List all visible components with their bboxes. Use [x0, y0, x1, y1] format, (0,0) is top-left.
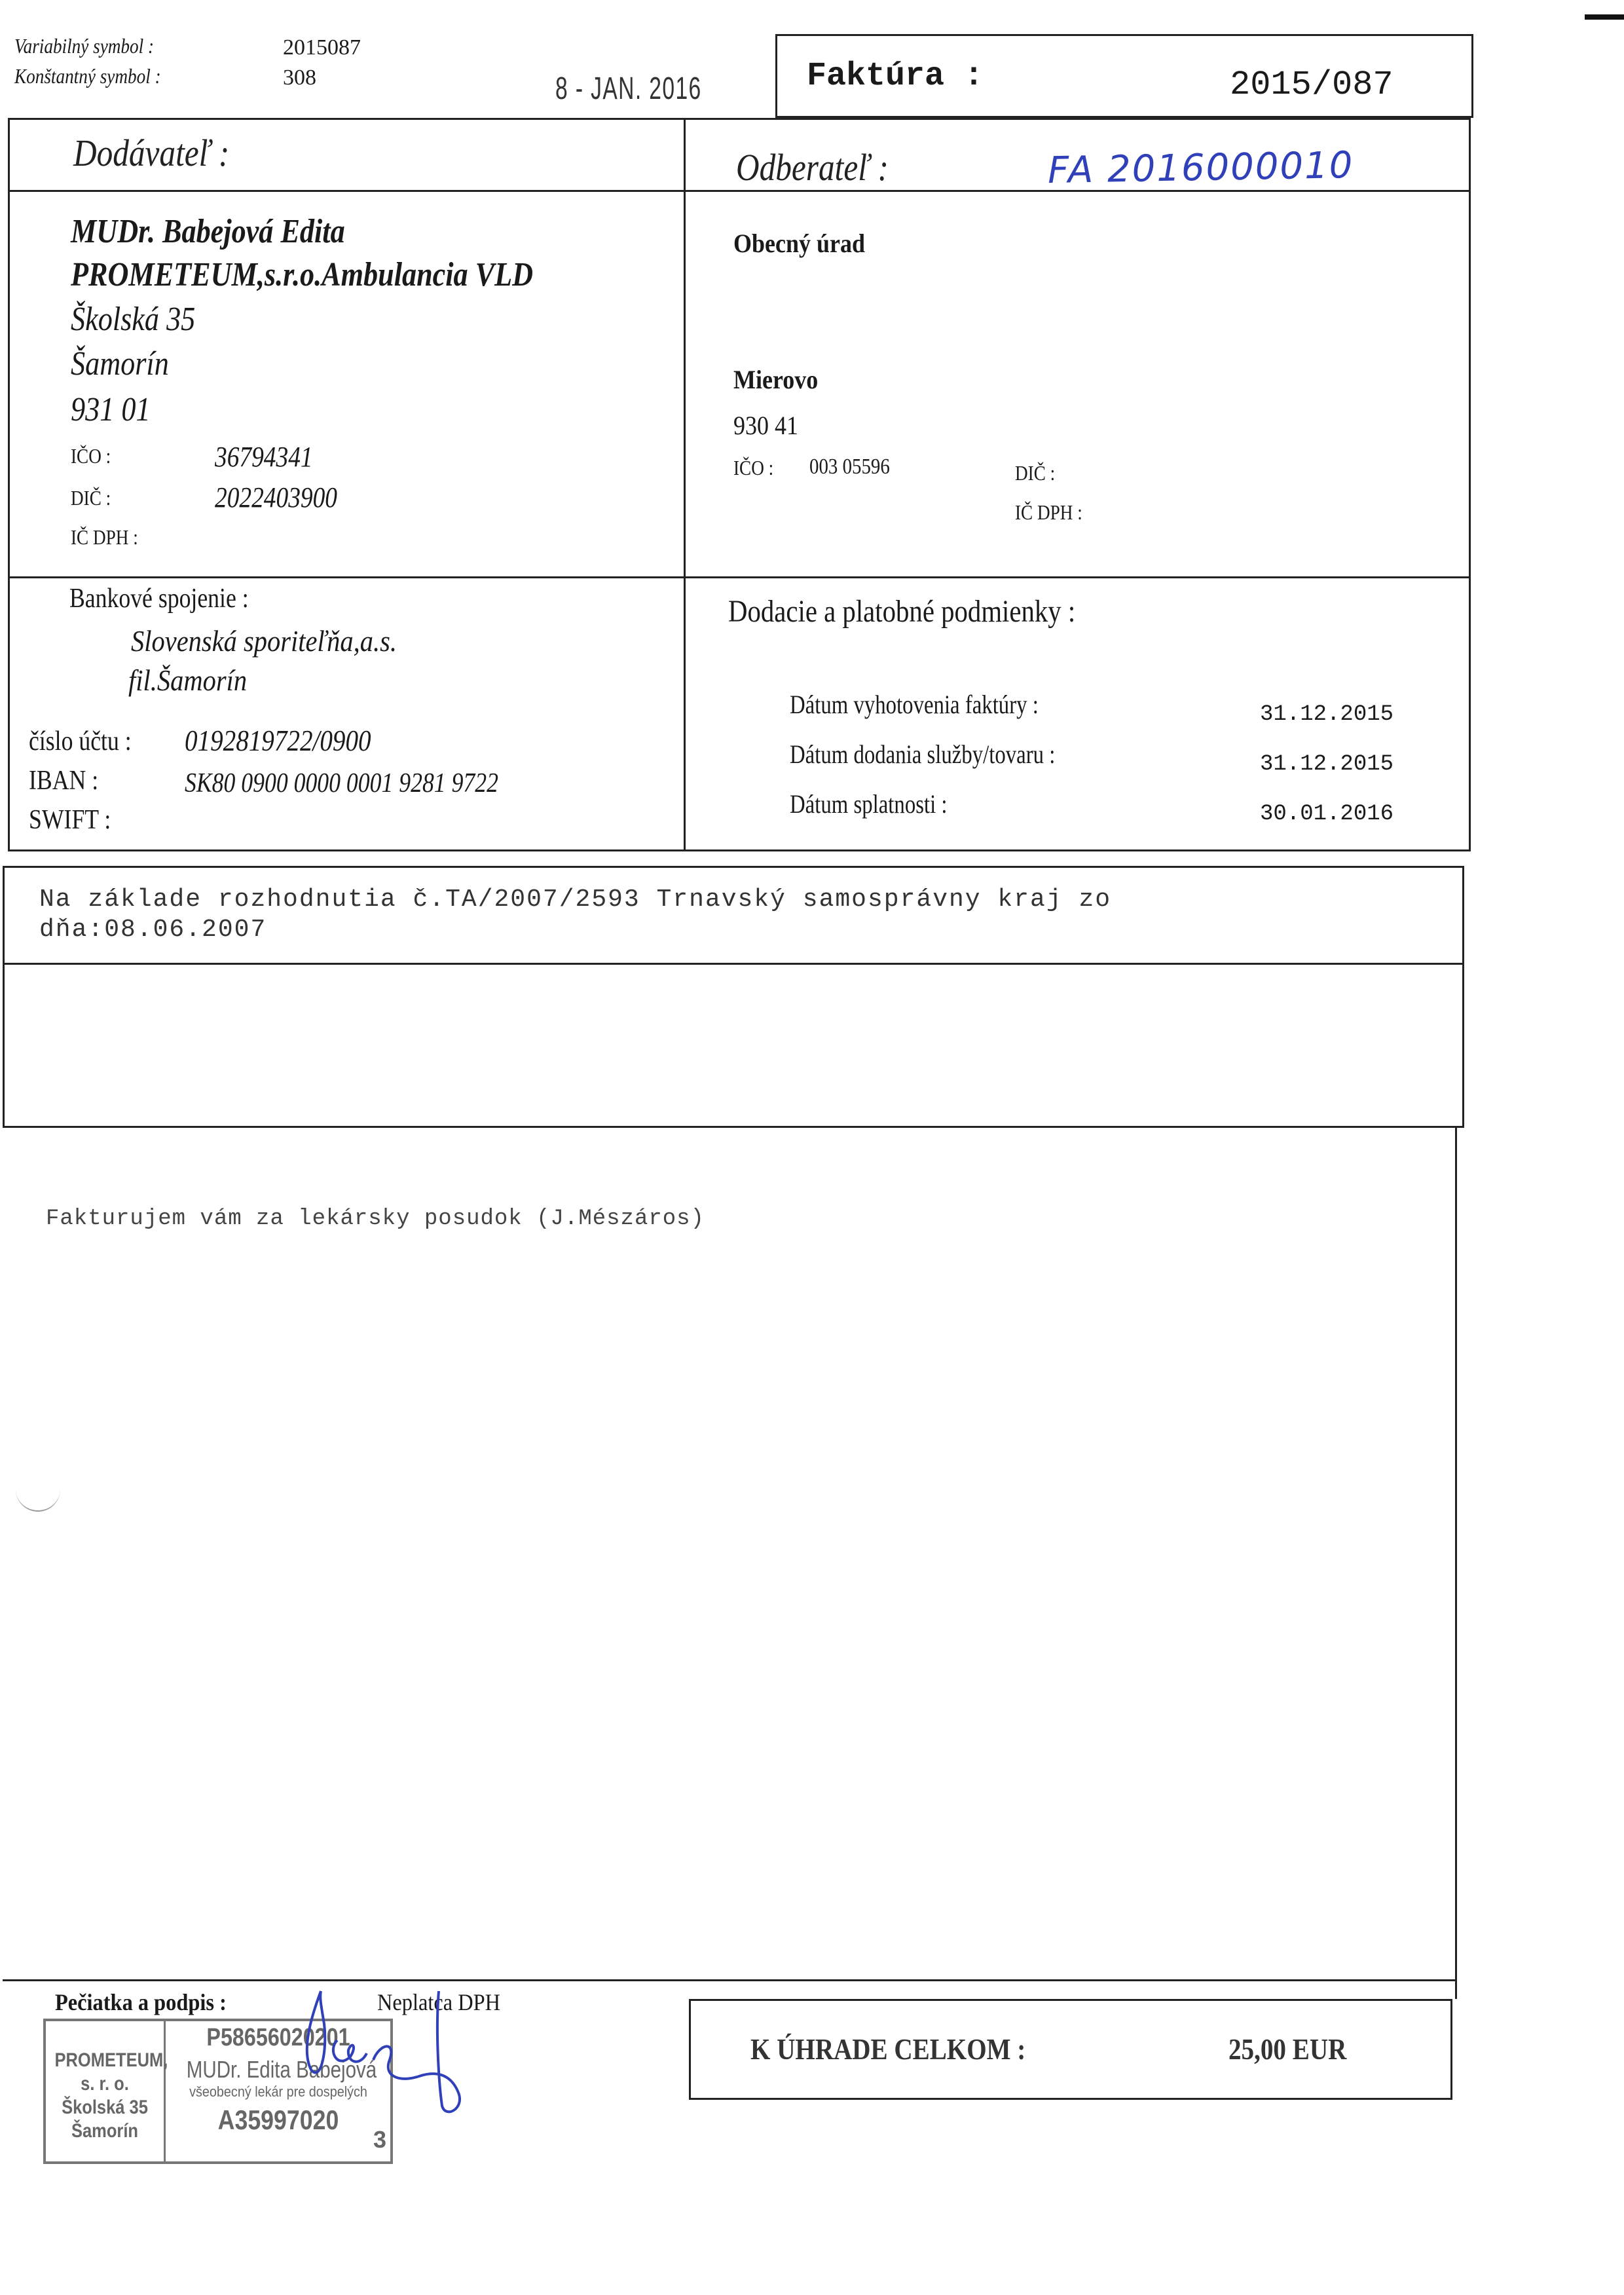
note-line-1: Na základe rozhodnutia č.TA/2007/2593 Tr…	[39, 886, 1111, 914]
constant-symbol-label: Konštantný symbol :	[14, 64, 161, 88]
invoice-number: 2015/087	[1230, 65, 1393, 104]
supplier-icdph-label: IČ DPH :	[71, 525, 138, 550]
total-amount: 25,00 EUR	[1228, 2032, 1346, 2066]
supplier-street: Školská 35	[71, 300, 195, 339]
customer-city: Mierovo	[733, 364, 818, 395]
swift-label: SWIFT :	[29, 804, 111, 836]
due-date-value: 30.01.2016	[1260, 802, 1393, 827]
supplier-name: MUDr. Babejová Edita	[71, 212, 345, 251]
supplier-city: Šamorín	[71, 345, 169, 383]
account-value: 0192819722/0900	[185, 723, 371, 758]
customer-ico-label: IČO :	[733, 456, 773, 480]
footer-divider	[3, 1979, 1456, 1981]
supplier-ico-label: IČO :	[71, 444, 111, 468]
account-label: číslo účtu :	[29, 726, 132, 757]
signature-label: Pečiatka a podpis :	[55, 1988, 227, 2016]
delivery-date-value: 31.12.2015	[1260, 752, 1393, 777]
parties-divider	[684, 118, 686, 851]
customer-ico-value: 003 05596	[809, 455, 890, 479]
bank-row-divider	[8, 576, 1471, 578]
supplier-heading: Dodávateľ :	[73, 131, 229, 175]
stamp-company-line: PROMETEUM,	[55, 2049, 155, 2072]
supplier-dic-label: DIČ :	[71, 486, 111, 510]
variable-symbol-label: Variabilný symbol :	[14, 34, 154, 58]
stamp-company-line: s. r. o.	[55, 2072, 155, 2096]
bank-heading: Bankové spojenie :	[69, 583, 249, 614]
stamp-company-line: Školská 35	[55, 2096, 155, 2119]
punch-hole-mark	[16, 1482, 60, 1512]
customer-icdph-label: IČ DPH :	[1015, 500, 1082, 525]
stamp-company-block: PROMETEUM, s. r. o. Školská 35 Šamorín	[55, 2049, 155, 2143]
terms-heading: Dodacie a platobné podmienky :	[728, 593, 1075, 629]
edge-mark	[1585, 14, 1624, 20]
customer-dic-label: DIČ :	[1015, 461, 1055, 485]
customer-heading: Odberateľ :	[736, 145, 889, 189]
bank-branch: fil.Šamorín	[128, 663, 247, 698]
customer-name: Obecný úrad	[733, 228, 865, 259]
handwritten-signature	[275, 1978, 485, 2122]
variable-symbol-value: 2015087	[283, 35, 361, 60]
total-label: K ÚHRADE CELKOM :	[750, 2032, 1025, 2066]
supplier-ico-value: 36794341	[215, 440, 313, 474]
note-divider	[3, 963, 1464, 965]
items-right-border	[1455, 1128, 1457, 1999]
stamp-number: 3	[373, 2126, 386, 2154]
iban-label: IBAN :	[29, 765, 98, 796]
received-date-stamp: 8 - JAN. 2016	[555, 71, 702, 107]
bank-name: Slovenská sporiteľňa,a.s.	[131, 624, 397, 658]
iban-value: SK80 0900 0000 0001 9281 9722	[185, 768, 498, 799]
delivery-date-label: Dátum dodania služby/tovaru :	[790, 739, 1055, 770]
stamp-company-line: Šamorín	[55, 2119, 155, 2143]
handwritten-reference: FA 2016000010	[1047, 144, 1354, 192]
supplier-zip: 931 01	[71, 390, 151, 429]
note-line-2: dňa:08.06.2007	[39, 916, 267, 944]
issue-date-label: Dátum vyhotovenia faktúry :	[790, 689, 1039, 720]
issue-date-value: 31.12.2015	[1260, 702, 1393, 727]
constant-symbol-value: 308	[283, 65, 316, 90]
customer-zip: 930 41	[733, 410, 798, 441]
item-description: Fakturujem vám za lekársky posudok (J.Mé…	[46, 1206, 705, 1231]
header-row-divider	[8, 190, 1471, 192]
stamp-divider	[164, 2021, 166, 2161]
supplier-dic-value: 2022403900	[215, 481, 337, 514]
due-date-label: Dátum splatnosti :	[790, 789, 948, 819]
supplier-company: PROMETEUM,s.r.o.Ambulancia VLD	[71, 255, 533, 294]
invoice-label: Faktúra :	[807, 58, 984, 95]
